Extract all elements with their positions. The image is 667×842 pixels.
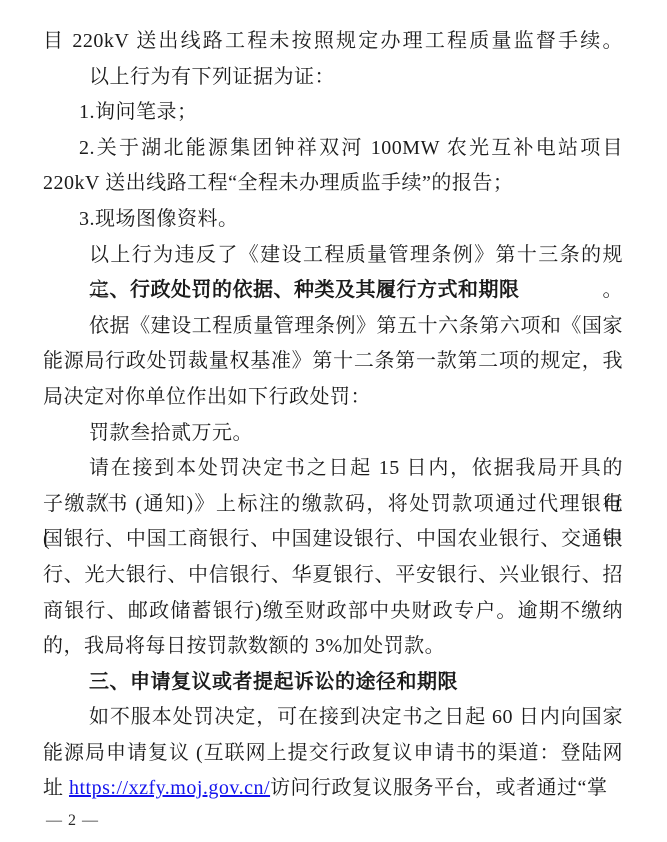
text-line: 1.询问笔录；	[43, 95, 623, 131]
text-segment: 1.询问笔录；	[79, 101, 198, 123]
text-segment: 目 220kV 送出线路工程未按照规定办理工程质量监督手续。	[43, 30, 623, 52]
text-segment: 能源局行政处罚裁量权基准》第十二条第一款第二项的规定，我	[43, 350, 623, 372]
text-segment: 罚款叁拾贰万元。	[89, 422, 253, 444]
text-line: 行、光大银行、中信银行、华夏银行、平安银行、兴业银行、招	[43, 558, 623, 594]
text-line: 址 https://xzfy.moj.gov.cn/访问行政复议服务平台，或者通…	[43, 771, 623, 807]
text-line: 如不服本处罚决定，可在接到决定书之日起 60 日内向国家	[43, 700, 623, 736]
text-segment: 以上行为有下列证据为证：	[89, 66, 335, 88]
text-line: 依据《建设工程质量管理条例》第五十六条第六项和《国家	[43, 309, 623, 345]
text-segment: 的，我局将每日按罚款数额的 3%加处罚款。	[43, 635, 445, 657]
text-line: 以上行为违反了《建设工程质量管理条例》第十三条的规定。	[43, 238, 623, 274]
text-line: 目 220kV 送出线路工程未按照规定办理工程质量监督手续。	[43, 24, 623, 60]
text-line: 2.关于湖北能源集团钟祥双河 100MW 农光互补电站项目	[43, 131, 623, 167]
text-segment: 国银行、中国工商银行、中国建设银行、中国农业银行、交通银	[43, 528, 623, 550]
text-line: 商银行、邮政储蓄银行)缴至财政部中央财政专户。逾期不缴纳	[43, 594, 623, 630]
text-line: 3.现场图像资料。	[43, 202, 623, 238]
text-segment: 220kV 送出线路工程“全程未办理质监手续”的报告；	[43, 172, 513, 194]
text-segment: 如不服本处罚决定，可在接到决定书之日起 60 日内向国家	[89, 706, 623, 728]
text-line: 国银行、中国工商银行、中国建设银行、中国农业银行、交通银	[43, 522, 623, 558]
text-segment: 访问行政复议服务平台，或者通过“掌	[270, 777, 607, 799]
text-line: 子缴款书 (通知)》上标注的缴款码，将处罚款项通过代理银行(中	[43, 487, 623, 523]
text-segment: 能源局申请复议 (互联网上提交行政复议申请书的渠道：登陆网	[43, 742, 623, 764]
text-line: 220kV 送出线路工程“全程未办理质监手续”的报告；	[43, 166, 623, 202]
document-page: 目 220kV 送出线路工程未按照规定办理工程质量监督手续。以上行为有下列证据为…	[0, 0, 667, 842]
text-line: 能源局申请复议 (互联网上提交行政复议申请书的渠道：登陆网	[43, 736, 623, 772]
text-line: 请在接到本处罚决定书之日起 15 日内，依据我局开具的《电	[43, 451, 623, 487]
text-segment: 依据《建设工程质量管理条例》第五十六条第六项和《国家	[89, 315, 623, 337]
text-line: 的，我局将每日按罚款数额的 3%加处罚款。	[43, 629, 623, 665]
text-segment: 三、申请复议或者提起诉讼的途径和期限	[89, 671, 458, 693]
text-line: 以上行为有下列证据为证：	[43, 60, 623, 96]
text-segment: 行、光大银行、中信银行、华夏银行、平安银行、兴业银行、招	[43, 564, 623, 586]
text-segment: 址	[43, 777, 69, 799]
text-line: 局决定对你单位作出如下行政处罚：	[43, 380, 623, 416]
section-heading: 三、申请复议或者提起诉讼的途径和期限	[43, 665, 623, 701]
text-segment: 3.现场图像资料。	[79, 208, 239, 230]
text-line: 罚款叁拾贰万元。	[43, 416, 623, 452]
admin-review-platform-link[interactable]: https://xzfy.moj.gov.cn/	[69, 777, 270, 799]
text-segment: 商银行、邮政储蓄银行)缴至财政部中央财政专户。逾期不缴纳	[43, 600, 623, 622]
text-segment: 局决定对你单位作出如下行政处罚：	[43, 386, 371, 408]
text-line: 能源局行政处罚裁量权基准》第十二条第一款第二项的规定，我	[43, 344, 623, 380]
document-body: 目 220kV 送出线路工程未按照规定办理工程质量监督手续。以上行为有下列证据为…	[43, 24, 623, 807]
page-number: — 2 —	[46, 810, 99, 832]
text-segment: 2.关于湖北能源集团钟祥双河 100MW 农光互补电站项目	[79, 137, 623, 159]
text-segment: 二、行政处罚的依据、种类及其履行方式和期限	[89, 279, 520, 301]
